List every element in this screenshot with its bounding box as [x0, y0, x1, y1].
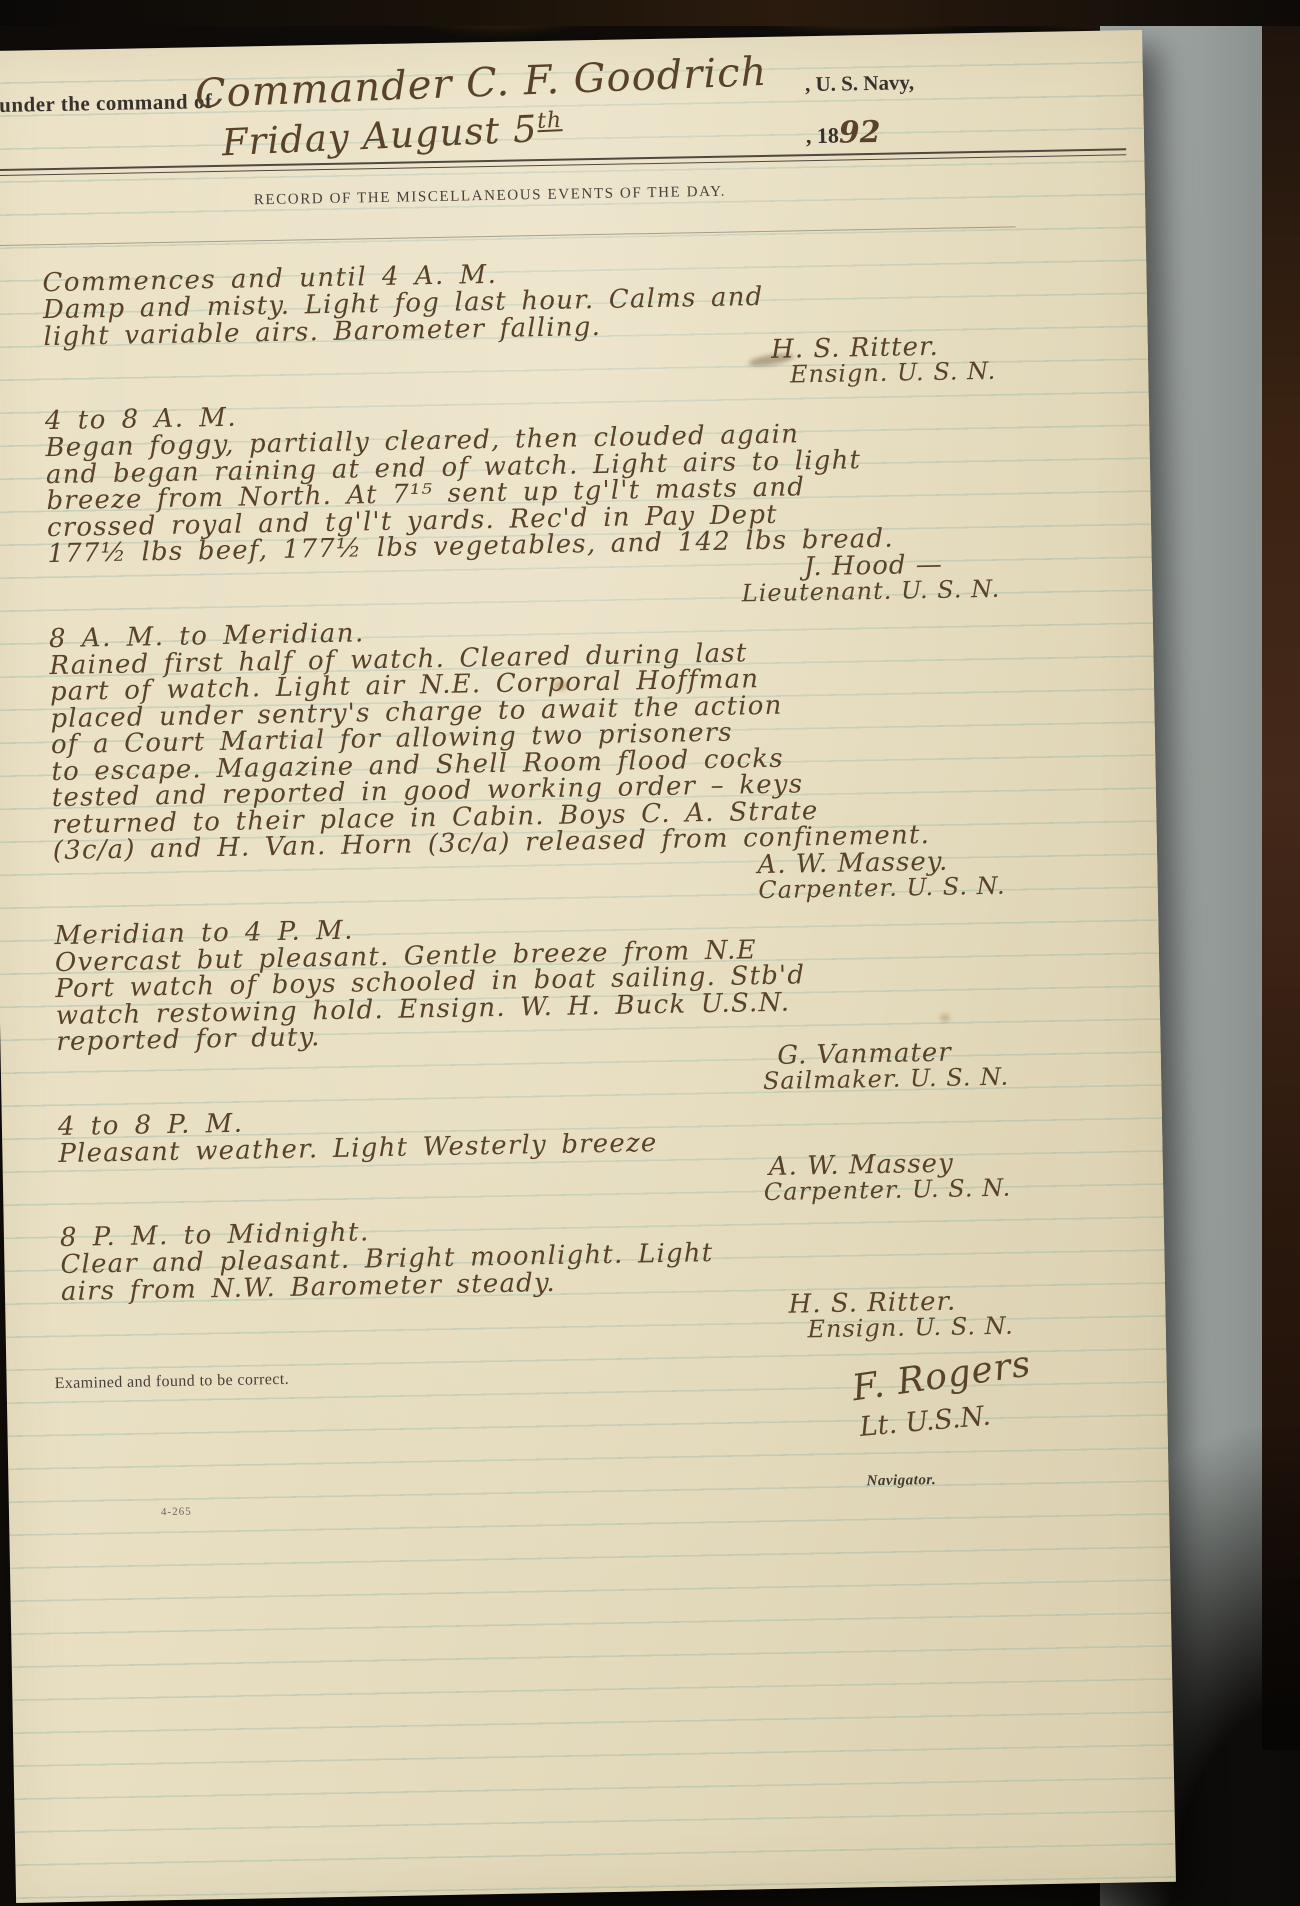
entries: Commences and until 4 A. M.Damp and mist… [42, 252, 1062, 1363]
section-caption: RECORD OF THE MISCELLANEOUS EVENTS OF TH… [0, 179, 995, 215]
photo-top-edge [0, 0, 1300, 26]
year-line: , 1892 [806, 115, 881, 151]
commander-name-handwritten: Commander C. F. Goodrich [194, 49, 768, 117]
photo-background: under the command of Commander C. F. Goo… [0, 0, 1300, 1906]
thin-rule [0, 226, 1016, 246]
printed-command-prefix: under the command of [0, 89, 213, 118]
log-entry: 8 A. M. to Meridian.Rained first half of… [49, 607, 1054, 915]
log-entry: Commences and until 4 A. M.Damp and mist… [42, 252, 1044, 401]
date-ordinal-suffix: th [537, 108, 563, 134]
log-entry: 4 to 8 P. M.Pleasant weather. Light West… [58, 1095, 1060, 1218]
printed-navy-suffix: , U. S. Navy, [805, 70, 915, 97]
examined-statement: Examined and found to be correct. [54, 1371, 289, 1393]
log-entry: 4 to 8 A. M.Began foggy, partially clear… [45, 390, 1049, 619]
page-footer: Examined and found to be correct. F. Rog… [0, 30, 1142, 51]
navigator-signature: F. Rogers [850, 1343, 1034, 1409]
navigator-label: Navigator. [866, 1472, 936, 1490]
form-number: 4-265 [161, 1506, 192, 1519]
log-entry: Meridian to 4 P. M.Overcast but pleasant… [54, 904, 1057, 1106]
year-handwritten: 92 [839, 115, 881, 151]
date-handwritten: Friday August 5th [221, 106, 563, 164]
navigator-rank: Lt. U.S.N. [858, 1400, 992, 1442]
log-entry: 8 P. M. to Midnight.Clear and pleasant. … [60, 1207, 1062, 1356]
logbook-page: under the command of Commander C. F. Goo… [0, 30, 1176, 1903]
double-rule [0, 148, 1126, 176]
page-header: under the command of Commander C. F. Goo… [0, 30, 1142, 51]
